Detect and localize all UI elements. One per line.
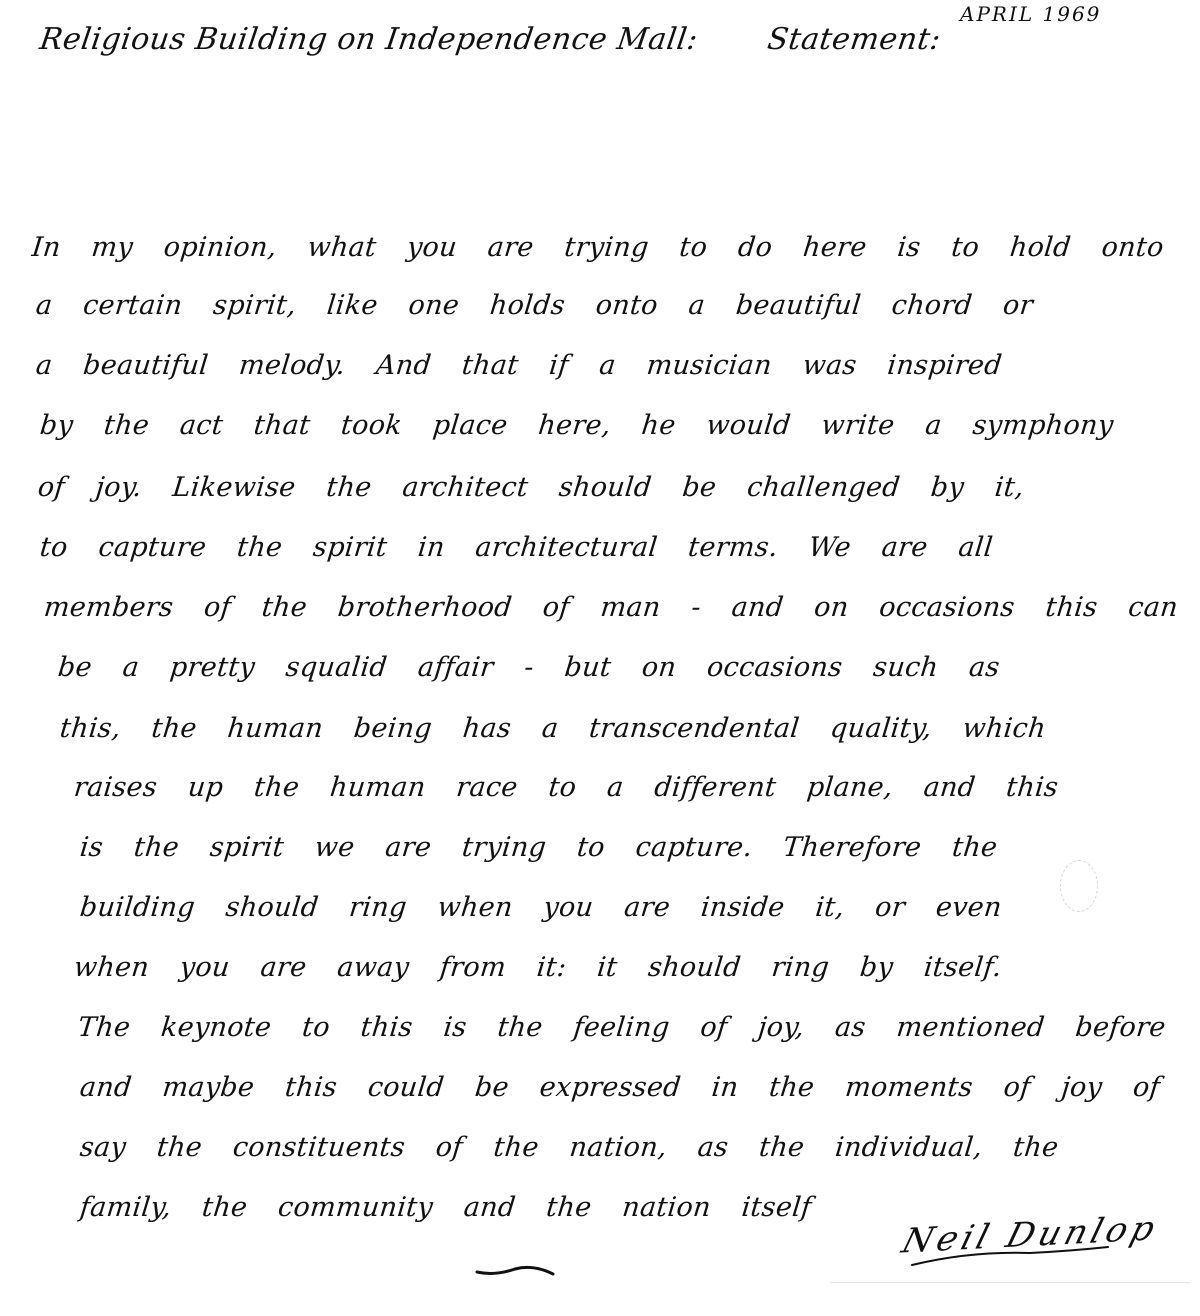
body-line: a beautiful melody. And that if a musici…	[34, 350, 1003, 381]
body-line: this, the human being has a transcendent…	[58, 713, 1047, 744]
end-flourish-stroke	[475, 1262, 555, 1278]
document-title: Religious Building on Independence Mall:…	[38, 22, 944, 57]
document-date: APRIL 1969	[960, 2, 1101, 26]
body-line: is the spirit we are trying to capture. …	[78, 832, 999, 863]
body-line: by the act that took place here, he woul…	[38, 410, 1115, 441]
body-line: be a pretty squalid affair - but on occa…	[56, 652, 1001, 683]
body-line: say the constituents of the nation, as t…	[78, 1132, 1060, 1163]
body-line: and maybe this could be expressed in the…	[78, 1072, 1161, 1103]
body-line: raises up the human race to a different …	[72, 772, 1059, 803]
body-line: The keynote to this is the feeling of jo…	[76, 1012, 1167, 1043]
body-line: building should ring when you are inside…	[78, 892, 1003, 923]
paper-mark	[1060, 860, 1098, 912]
signature-underline	[910, 1245, 1110, 1269]
handwritten-page: Religious Building on Independence Mall:…	[0, 0, 1200, 1316]
body-line: of joy. Likewise the architect should be…	[36, 472, 1025, 503]
paper-fold-line	[830, 1282, 1190, 1283]
body-line: In my opinion, what you are trying to do…	[30, 232, 1165, 263]
body-line: to capture the spirit in architectural t…	[38, 532, 994, 563]
title-text: Religious Building on Independence Mall:	[38, 22, 701, 57]
body-line: a certain spirit, like one holds onto a …	[34, 290, 1034, 321]
title-statement-label: Statement:	[765, 22, 943, 57]
body-line: family, the community and the nation its…	[78, 1192, 813, 1223]
body-line: members of the brotherhood of man - and …	[42, 592, 1179, 623]
body-line: when you are away from it: it should rin…	[72, 952, 1003, 983]
